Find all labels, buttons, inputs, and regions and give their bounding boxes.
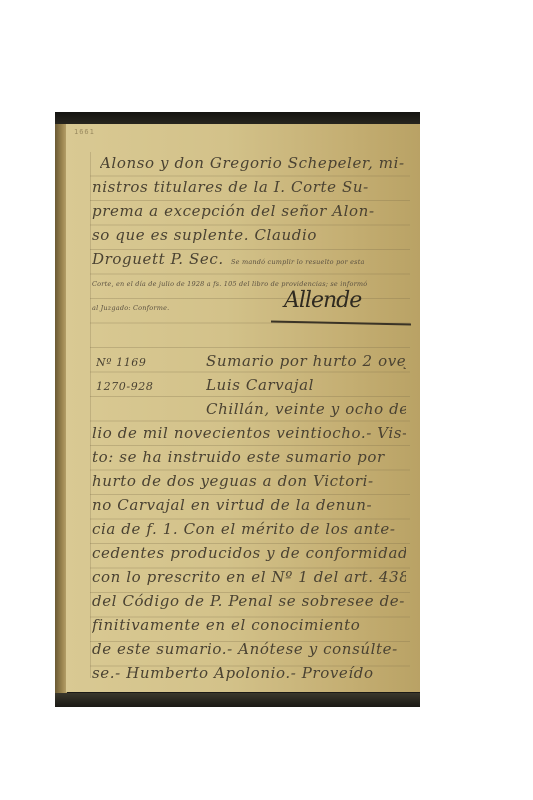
entry-reference: 1270-928 xyxy=(96,380,154,393)
entry1-line: prema a excepción del señor Alon- xyxy=(92,202,406,220)
entry1-line: nistros titulares de la I. Corte Su- xyxy=(92,178,406,196)
annotation-line: al Juzgado: Conforme. xyxy=(92,304,230,312)
entry2-body-line: con lo prescrito en el Nº 1 del art. 438 xyxy=(92,568,406,586)
margin-line xyxy=(90,152,91,678)
entry2-body-line: del Código de P. Penal se sobresee de- xyxy=(92,592,406,610)
bottom-shadow xyxy=(55,693,420,707)
entry2-body-line: lio de mil novecientos veintiocho.- Vis- xyxy=(92,424,406,442)
entry2-body-line: cia de f. 1. Con el mérito de los ante- xyxy=(92,520,406,538)
entry-title-line: Sumario por hurto 2 ovejas xyxy=(206,352,406,370)
entry1-line: Droguett P. Sec. xyxy=(92,250,250,268)
signature: Allende xyxy=(284,288,361,313)
annotation-line: Se mandó cumplir lo resuelto por esta xyxy=(231,258,406,266)
entry2-body-line: no Carvajal en virtud de la denun- xyxy=(92,496,406,514)
ledger-page: 1661 Alonso y don Gregorio Schepeler, mi… xyxy=(66,124,420,692)
page-number-stamp: 1661 xyxy=(74,128,95,136)
entry2-body-line: hurto de dos yeguas a don Victori- xyxy=(92,472,406,490)
entry-title-line: Luis Carvajal xyxy=(206,376,406,394)
entry-number: Nº 1169 xyxy=(96,356,147,369)
document-photo: 1661 Alonso y don Gregorio Schepeler, mi… xyxy=(55,112,420,707)
entry2-body-line: se.- Humberto Apolonio.- Proveído xyxy=(92,664,406,682)
entry1-line: Alonso y don Gregorio Schepeler, mi- xyxy=(100,154,406,172)
entry1-line: so que es suplente. Claudio xyxy=(92,226,406,244)
entry2-body-line: cedentes producidos y de conformidad xyxy=(92,544,406,562)
entry2-body-line: to: se ha instruido este sumario por xyxy=(92,448,406,466)
entry2-body-line: finitivamente en el conocimiento xyxy=(92,616,406,634)
entry2-body-line: Chillán, veinte y ocho de ju- xyxy=(206,400,406,418)
annotation-line: Corte, en el día de julio de 1928 a fs. … xyxy=(92,280,406,288)
entry2-body-line: de este sumario.- Anótese y consúlte- xyxy=(92,640,406,658)
